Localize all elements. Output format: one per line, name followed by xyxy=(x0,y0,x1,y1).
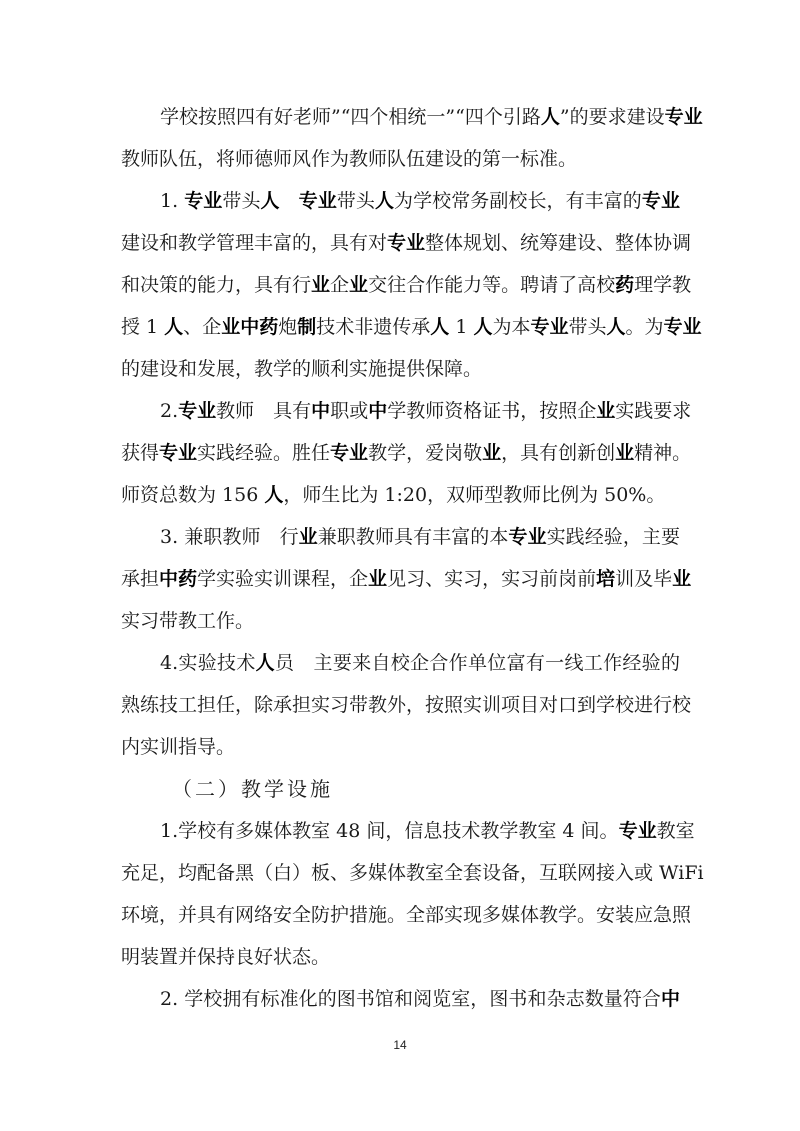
text-run: 学校按照四有好老师”“四个相统一”“四个引路 xyxy=(160,106,541,128)
bold-run: 人 xyxy=(473,316,492,338)
bold-run: 人 xyxy=(164,316,183,338)
text-line: 熟练技工担任，除承担实习带教外，按照实训项目对口到学校进行校 xyxy=(121,684,680,726)
text-run xyxy=(280,190,299,212)
bold-run: 专业 xyxy=(619,820,657,842)
text-line: 3. 兼职教师 行业兼职教师具有丰富的本专业实践经验，主要 xyxy=(160,516,680,558)
text-run: ”的要求建设 xyxy=(560,106,665,128)
bold-run: 药 xyxy=(615,274,634,296)
text-run: 学教师资格证书，按照企 xyxy=(387,400,596,422)
text-line: 4.实验技术人员 主要来自校企合作单位富有一线工作经验的 xyxy=(160,642,680,684)
text-run: 建设和教学管理丰富的，具有对 xyxy=(121,232,387,254)
text-run: 实践经验，主要 xyxy=(547,526,680,548)
text-run: 实习带教工作。 xyxy=(121,610,254,632)
text-line: 1. 专业带头人 专业带头人为学校常务副校长，有丰富的专业 xyxy=(160,180,680,222)
text-line: 明装置并保持良好状态。 xyxy=(121,936,680,978)
text-line: 承担中药学实验实训课程，企业见习、实习，实习前岗前培训及毕业 xyxy=(121,558,680,600)
text-run: 授 1 xyxy=(121,316,164,338)
bold-run: 人 xyxy=(256,652,275,674)
bold-run: 专业 xyxy=(184,190,222,212)
text-line: 获得专业实践经验。胜任专业教学，爱岗敬业，具有创新创业精神。 xyxy=(121,432,680,474)
text-run: 2. xyxy=(160,400,178,422)
bold-run: 人 xyxy=(541,106,560,128)
text-run: 。为 xyxy=(626,316,664,338)
text-run: 教师 具有 xyxy=(216,400,311,422)
text-run: 师资总数为 156 xyxy=(121,484,264,506)
bold-run: 人 xyxy=(607,316,626,338)
text-run: 教学，爱岗敬 xyxy=(368,442,482,464)
page-number: 14 xyxy=(0,1038,800,1052)
bold-run: 中药 xyxy=(159,568,197,590)
bold-run: 专业 xyxy=(508,526,546,548)
text-run: 明装置并保持良好状态。 xyxy=(121,946,330,968)
text-run: 2. 学校拥有标准化的图书馆和阅览室，图书和杂志数量符合 xyxy=(160,988,661,1010)
bold-run: 培 xyxy=(596,568,615,590)
text-run: 教师队伍，将师德师风作为教师队伍建设的第一标准。 xyxy=(121,148,577,170)
text-run: 企 xyxy=(330,274,349,296)
text-line: 师资总数为 156 人，师生比为 1:20，双师型教师比例为 50%。 xyxy=(121,474,680,516)
text-line: 建设和教学管理丰富的，具有对专业整体规划、统筹建设、整体协调 xyxy=(121,222,680,264)
bold-run: 人 xyxy=(261,190,280,212)
bold-run: 业 xyxy=(349,274,368,296)
bold-run: 业中药 xyxy=(221,316,278,338)
text-run: 内实训指导。 xyxy=(121,736,235,758)
bold-run: 业 xyxy=(596,400,615,422)
text-run: 承担 xyxy=(121,568,159,590)
bold-run: 专业 xyxy=(178,400,216,422)
text-run: 1.学校有多媒体教室 48 间，信息技术教学教室 4 间。 xyxy=(160,820,619,842)
text-line: 实习带教工作。 xyxy=(121,600,680,642)
bold-run: 专业 xyxy=(330,442,368,464)
bold-run: 专业 xyxy=(665,106,703,128)
text-run: 获得 xyxy=(121,442,159,464)
text-run: 、企 xyxy=(183,316,221,338)
bold-run: 业 xyxy=(615,442,634,464)
text-run: 实践经验。胜任 xyxy=(197,442,330,464)
text-run: 学实验实训课程，企 xyxy=(197,568,368,590)
bold-run: 中 xyxy=(311,400,330,422)
text-line: 的建设和发展，教学的顺利实施提供保障。 xyxy=(121,348,680,390)
text-run: 1 xyxy=(449,316,473,338)
text-run: 理学教 xyxy=(634,274,691,296)
text-run: 职或 xyxy=(330,400,368,422)
text-run: 精神。 xyxy=(634,442,691,464)
bold-run: 人 xyxy=(430,316,449,338)
text-run: 4.实验技术 xyxy=(160,652,256,674)
text-run: 见习、实习，实习前岗前 xyxy=(387,568,596,590)
bold-run: 专业 xyxy=(387,232,425,254)
text-run: 兼职教师具有丰富的本 xyxy=(318,526,509,548)
text-line: 1.学校有多媒体教室 48 间，信息技术教学教室 4 间。专业教室 xyxy=(160,810,680,852)
bold-run: 专业 xyxy=(530,316,568,338)
text-run: 环境，并具有网络安全防护措施。全部实现多媒体教学。安装应急照 xyxy=(121,904,691,926)
bold-run: 业 xyxy=(672,568,691,590)
bold-run: 人 xyxy=(264,484,283,506)
text-run: 整体规划、统筹建设、整体协调 xyxy=(425,232,691,254)
text-line: 2.专业教师 具有中职或中学教师资格证书，按照企业实践要求 xyxy=(160,390,680,432)
text-line: 环境，并具有网络安全防护措施。全部实现多媒体教学。安装应急照 xyxy=(121,894,680,936)
text-run: 带头 xyxy=(337,190,375,212)
bold-run: 业 xyxy=(299,526,318,548)
text-line: 和决策的能力，具有行业企业交往合作能力等。聘请了高校药理学教 xyxy=(121,264,680,306)
bold-run: 中 xyxy=(368,400,387,422)
text-run: 实践要求 xyxy=(615,400,691,422)
text-run: 教室 xyxy=(657,820,695,842)
bold-run: 业 xyxy=(368,568,387,590)
text-run: 的建设和发展，教学的顺利实施提供保障。 xyxy=(121,358,482,380)
text-run: 熟练技工担任，除承担实习带教外，按照实训项目对口到学校进行校 xyxy=(121,694,691,716)
text-run: 和决策的能力，具有行 xyxy=(121,274,311,296)
document-page: 学校按照四有好老师”“四个相统一”“四个引路人”的要求建设专业教师队伍，将师德师… xyxy=(0,0,800,1131)
text-run: 炮 xyxy=(278,316,297,338)
bold-run: 中 xyxy=(661,988,680,1010)
text-run: 1. xyxy=(160,190,184,212)
bold-run: 人 xyxy=(375,190,394,212)
text-run: ，具有创新创 xyxy=(501,442,615,464)
bold-run: 专业 xyxy=(159,442,197,464)
bold-run: 专业 xyxy=(642,190,680,212)
text-run: 为学校常务副校长，有丰富的 xyxy=(394,190,642,212)
text-run: 训及毕 xyxy=(615,568,672,590)
bold-run: 专业 xyxy=(664,316,702,338)
text-line: 内实训指导。 xyxy=(121,726,680,768)
bold-run: 业 xyxy=(482,442,501,464)
section-heading: （二）教学设施 xyxy=(172,768,333,810)
text-line: 教师队伍，将师德师风作为教师队伍建设的第一标准。 xyxy=(121,138,680,180)
text-run: 交往合作能力等。聘请了高校 xyxy=(368,274,615,296)
text-run: 3. 兼职教师 行 xyxy=(160,526,299,548)
text-run: 技术非遗传承 xyxy=(316,316,430,338)
text-run: 员 主要来自校企合作单位富有一线工作经验的 xyxy=(275,652,680,674)
text-line: 充足，均配备黑（白）板、多媒体教室全套设备，互联网接入或 WiFi xyxy=(121,852,680,894)
text-run: 带头 xyxy=(222,190,260,212)
text-line: 授 1 人、企业中药炮制技术非遗传承人 1 人为本专业带头人。为专业 xyxy=(121,306,680,348)
text-line: 2. 学校拥有标准化的图书馆和阅览室，图书和杂志数量符合中 xyxy=(160,978,680,1020)
text-line: 学校按照四有好老师”“四个相统一”“四个引路人”的要求建设专业 xyxy=(160,96,680,138)
text-run: 带头 xyxy=(569,316,607,338)
bold-run: 制 xyxy=(297,316,316,338)
text-run: 充足，均配备黑（白）板、多媒体教室全套设备，互联网接入或 WiFi xyxy=(121,862,704,884)
bold-run: 专业 xyxy=(299,190,337,212)
text-run: ，师生比为 1:20，双师型教师比例为 50%。 xyxy=(283,484,665,506)
text-run: 为本 xyxy=(492,316,530,338)
bold-run: 业 xyxy=(311,274,330,296)
